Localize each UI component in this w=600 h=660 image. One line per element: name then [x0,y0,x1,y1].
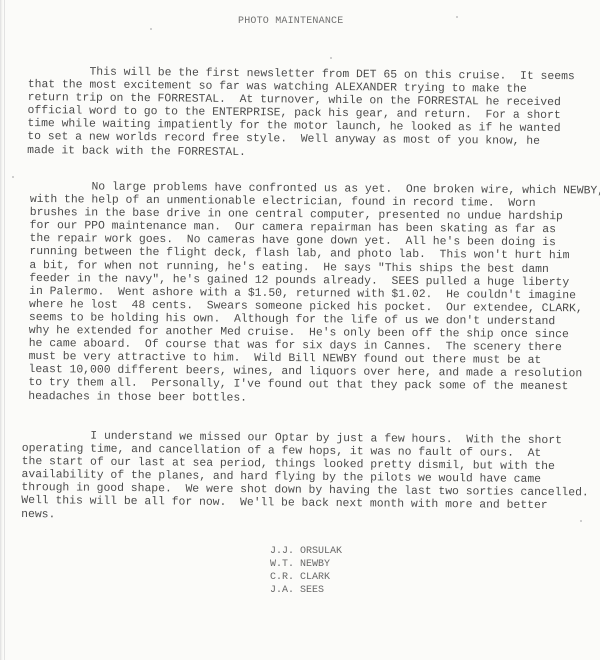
signature-block: J.J. ORSULAKW.T. NEWBYC.R. CLARKJ.A. SEE… [270,545,342,597]
signature-name: C.R. CLARK [270,571,342,584]
paragraph-2: No large problems have confronted us as … [28,181,600,408]
paragraph-1: This will be the first newsletter from D… [27,66,575,163]
signature-name: J.A. SEES [270,584,342,597]
scan-speck [330,57,332,59]
scan-speck [150,28,152,30]
paragraph-3: I understand we missed our Optar by just… [21,430,589,527]
scan-speck [456,16,458,18]
document-title: PHOTO MAINTENANCE [238,16,343,27]
scanned-document-page: PHOTO MAINTENANCE This will be the first… [0,0,600,660]
signature-name: W.T. NEWBY [270,558,342,571]
signature-name: J.J. ORSULAK [270,545,342,558]
scan-speck [12,176,14,178]
scan-speck [580,520,582,522]
